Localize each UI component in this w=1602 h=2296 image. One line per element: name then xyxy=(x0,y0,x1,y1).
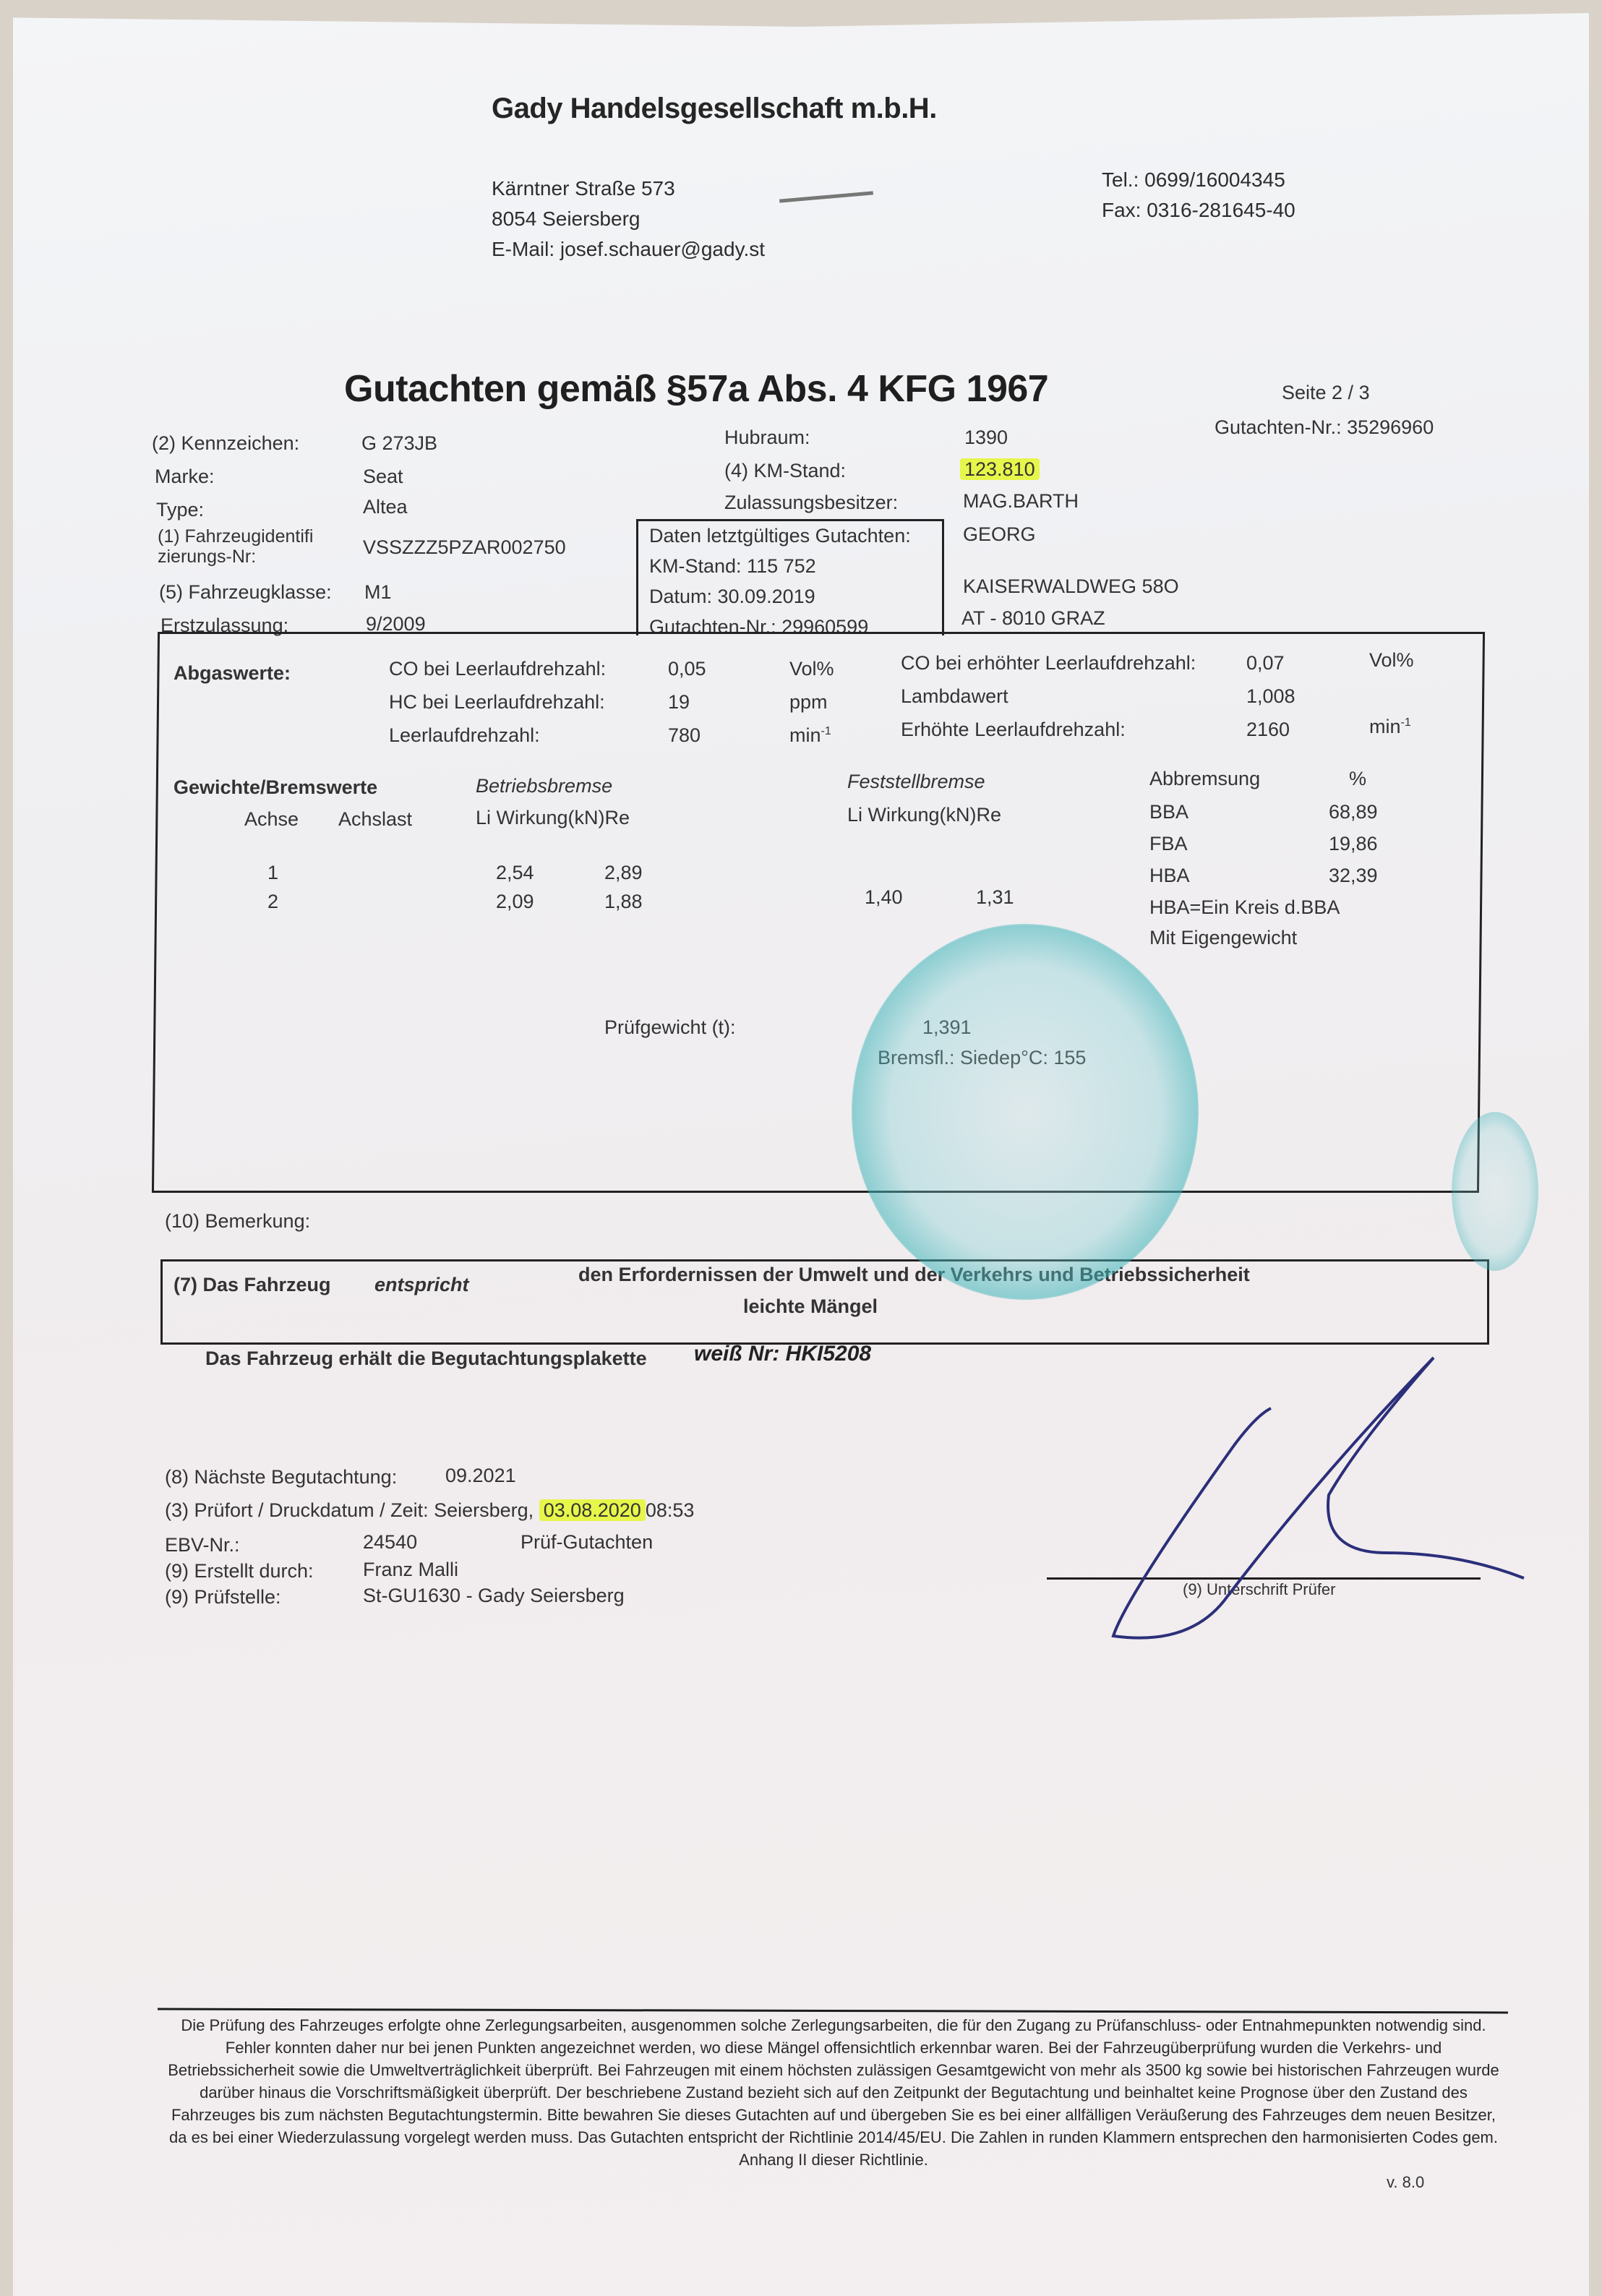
parking-brake-left: 1,40 xyxy=(865,886,903,909)
verdict-status: entspricht xyxy=(374,1274,469,1296)
company-fax: Fax: 0316-281645-40 xyxy=(1102,195,1295,226)
service-brake-left: 2,09 xyxy=(496,891,534,913)
emissions-heading: Abgaswerte: xyxy=(174,662,291,685)
emission-value: 0,05 xyxy=(668,658,706,680)
company-city: 8054 Seiersberg xyxy=(492,204,765,234)
emission-label: HC bei Leerlaufdrehzahl: xyxy=(389,691,605,714)
water-stain xyxy=(852,924,1199,1300)
version-label: v. 8.0 xyxy=(1387,2173,1424,2192)
emission-label: Erhöhte Leerlaufdrehzahl: xyxy=(901,719,1126,741)
inspection-time: 08:53 xyxy=(646,1499,695,1521)
footer-disclaimer: Die Prüfung des Fahrzeuges erfolgte ohne… xyxy=(161,2014,1506,2171)
verdict-prefix: (7) Das Fahrzeug xyxy=(174,1274,331,1296)
plaque-number: weiß Nr: HKI5208 xyxy=(694,1342,871,1366)
emission-label: Leerlaufdrehzahl: xyxy=(389,724,540,747)
inspection-place-date: (3) Prüfort / Druckdatum / Zeit: Seiersb… xyxy=(165,1499,694,1522)
next-inspection-value: 09.2021 xyxy=(445,1465,516,1487)
hubraum-label: Hubraum: xyxy=(724,427,810,449)
company-contact: Tel.: 0699/16004345 Fax: 0316-281645-40 xyxy=(1102,165,1295,226)
klasse-value: M1 xyxy=(364,581,392,604)
inspection-date: 03.08.2020 xyxy=(539,1499,646,1521)
page-number: Seite 2 / 3 xyxy=(1282,382,1370,404)
emission-unit: ppm xyxy=(789,691,828,714)
braking-ratio-label: HBA xyxy=(1149,865,1190,887)
emission-value: 780 xyxy=(668,724,701,747)
besitzer-firstname: GEORG xyxy=(963,523,1036,546)
col-achse: Achse xyxy=(244,808,299,831)
ebv-label: EBV-Nr.: xyxy=(165,1534,240,1556)
vin-label: (1) Fahrzeugidentifi zierungs-Nr: xyxy=(158,526,313,567)
previous-report-km: KM-Stand: 115 752 xyxy=(649,555,816,578)
staple-mark xyxy=(779,191,873,202)
besitzer-label: Zulassungsbesitzer: xyxy=(724,492,898,514)
company-email: E-Mail: josef.schauer@gady.st xyxy=(492,234,765,265)
emission-value: 19 xyxy=(668,691,690,714)
parking-brake-right: 1,31 xyxy=(976,886,1014,909)
feststellbremse-wirkung: Li Wirkung(kN)Re xyxy=(847,804,1001,826)
marke-label: Marke: xyxy=(155,466,215,488)
created-by-label: (9) Erstellt durch: xyxy=(165,1560,314,1582)
type-value: Altea xyxy=(363,496,408,518)
report-number: Gutachten-Nr.: 35296960 xyxy=(1215,416,1434,439)
emission-label: Lambdawert xyxy=(901,685,1008,708)
verdict-text: den Erfordernissen der Umwelt und der Ve… xyxy=(578,1264,1250,1286)
previous-report-date: Datum: 30.09.2019 xyxy=(649,586,815,608)
station-value: St-GU1630 - Gady Seiersberg xyxy=(363,1585,625,1607)
service-brake-right: 2,89 xyxy=(604,862,643,884)
percent-label: % xyxy=(1349,768,1366,790)
signature-scribble xyxy=(1083,1336,1546,1647)
vin-value: VSSZZZ5PZAR002750 xyxy=(363,536,566,559)
company-address: Kärntner Straße 573 8054 Seiersberg E-Ma… xyxy=(492,174,765,265)
braking-ratio-value: 68,89 xyxy=(1329,801,1378,823)
station-label: (9) Prüfstelle: xyxy=(165,1586,281,1609)
next-inspection-label: (8) Nächste Begutachtung: xyxy=(165,1466,397,1488)
besitzer-city: AT - 8010 GRAZ xyxy=(961,607,1105,630)
braking-ratio-value: 32,39 xyxy=(1329,865,1378,887)
weight-note: Mit Eigengewicht xyxy=(1149,927,1297,949)
type-label: Type: xyxy=(156,499,204,521)
company-tel: Tel.: 0699/16004345 xyxy=(1102,165,1295,195)
emission-unit: min-1 xyxy=(1369,716,1411,738)
document-page: Gady Handelsgesellschaft m.b.H. Kärntner… xyxy=(13,13,1589,2296)
page-title: Gutachten gemäß §57a Abs. 4 KFG 1967 xyxy=(344,367,1048,411)
emission-unit: min-1 xyxy=(789,724,831,747)
emission-unit: Vol% xyxy=(1369,649,1414,672)
braking-ratio-label: BBA xyxy=(1149,801,1188,823)
water-stain-edge xyxy=(1452,1112,1538,1271)
braking-ratio-value: 19,86 xyxy=(1329,833,1378,855)
emission-value: 0,07 xyxy=(1246,652,1285,674)
betriebsbremse-heading: Betriebsbremse xyxy=(476,775,612,797)
emission-value: 1,008 xyxy=(1246,685,1295,708)
emission-label: CO bei erhöhter Leerlaufdrehzahl: xyxy=(901,652,1196,674)
abbremsung-label: Abbremsung xyxy=(1149,768,1260,790)
company-street: Kärntner Straße 573 xyxy=(492,174,765,204)
pruefgewicht-label: Prüfgewicht (t): xyxy=(604,1016,736,1039)
braking-ratio-label: FBA xyxy=(1149,833,1188,855)
feststellbremse-heading: Feststellbremse xyxy=(847,771,985,793)
emission-label: CO bei Leerlaufdrehzahl: xyxy=(389,658,606,680)
klasse-label: (5) Fahrzeugklasse: xyxy=(159,581,332,604)
besitzer-name: MAG.BARTH xyxy=(963,490,1079,513)
betriebsbremse-wirkung: Li Wirkung(kN)Re xyxy=(476,807,630,829)
besitzer-street: KAISERWALDWEG 58O xyxy=(963,575,1179,598)
plaque-text: Das Fahrzeug erhält die Begutachtungspla… xyxy=(205,1348,647,1370)
km-label: (4) KM-Stand: xyxy=(724,460,846,482)
service-brake-right: 1,88 xyxy=(604,891,643,913)
kennzeichen-label: (2) Kennzeichen: xyxy=(152,432,299,455)
company-name: Gady Handelsgesellschaft m.b.H. xyxy=(492,93,937,125)
emission-value: 2160 xyxy=(1246,719,1290,741)
remark-label: (10) Bemerkung: xyxy=(165,1210,310,1233)
previous-report-heading: Daten letztgültiges Gutachten: xyxy=(649,525,911,547)
service-brake-left: 2,54 xyxy=(496,862,534,884)
footer-divider xyxy=(158,2008,1508,2014)
ebv-type: Prüf-Gutachten xyxy=(521,1531,653,1554)
verdict-defects: leichte Mängel xyxy=(743,1295,878,1318)
axle-number: 2 xyxy=(267,891,278,913)
km-value: 123.810 xyxy=(960,458,1040,481)
marke-value: Seat xyxy=(363,466,403,488)
hubraum-value: 1390 xyxy=(964,427,1008,449)
ebv-value: 24540 xyxy=(363,1531,417,1554)
emission-unit: Vol% xyxy=(789,658,834,680)
axle-number: 1 xyxy=(267,862,278,884)
brakes-heading: Gewichte/Bremswerte xyxy=(174,776,377,799)
created-by-value: Franz Malli xyxy=(363,1559,458,1581)
col-achslast: Achslast xyxy=(338,808,412,831)
kennzeichen-value: G 273JB xyxy=(361,432,437,455)
hba-note: HBA=Ein Kreis d.BBA xyxy=(1149,896,1340,919)
